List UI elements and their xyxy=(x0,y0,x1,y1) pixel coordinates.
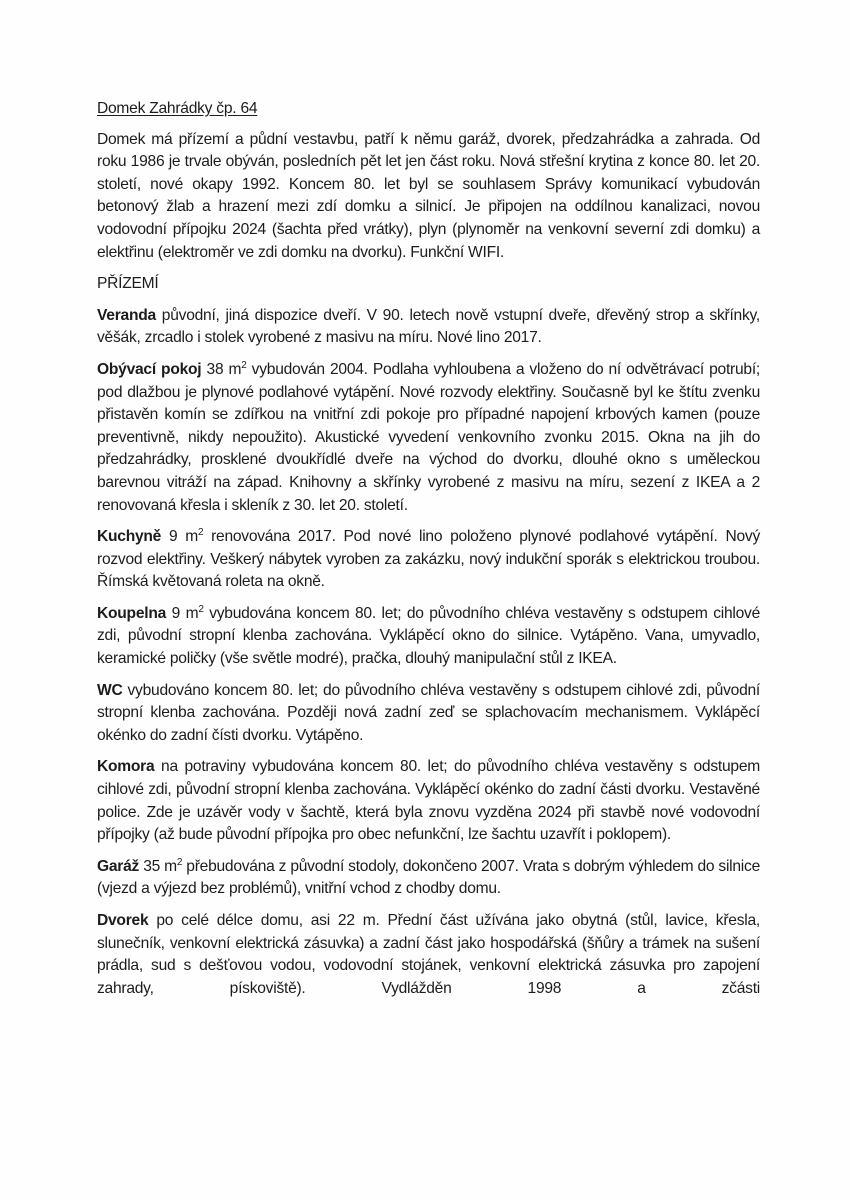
room-description: na potraviny vybudována koncem 80. let; … xyxy=(97,758,760,843)
intro-paragraph: Domek má přízemí a půdní vestavbu, patří… xyxy=(97,129,760,265)
room-name: Kuchyně xyxy=(97,528,161,545)
room-description: po celé délce domu, asi 22 m. Přední čás… xyxy=(97,912,760,997)
room-paragraph-bathroom: Koupelna 9 m2 vybudována koncem 80. let;… xyxy=(97,603,760,671)
room-name: WC xyxy=(97,682,122,699)
room-area: 9 m xyxy=(161,528,198,545)
room-paragraph-kitchen: Kuchyně 9 m2 renovována 2017. Pod nové l… xyxy=(97,526,760,594)
room-description: původní, jiná dispozice dveří. V 90. let… xyxy=(97,307,760,347)
room-paragraph-pantry: Komora na potraviny vybudována koncem 80… xyxy=(97,756,760,846)
room-area: 9 m xyxy=(166,605,198,622)
room-name: Garáž xyxy=(97,858,139,875)
room-paragraph-living-room: Obývací pokoj 38 m2 vybudován 2004. Podl… xyxy=(97,359,760,517)
room-name: Koupelna xyxy=(97,605,166,622)
room-area: 38 m xyxy=(201,361,241,378)
room-paragraph-wc: WC vybudováno koncem 80. let; do původní… xyxy=(97,680,760,748)
room-name: Veranda xyxy=(97,307,156,324)
document-page: Domek Zahrádky čp. 64 Domek má přízemí a… xyxy=(0,0,850,1200)
room-paragraph-veranda: Veranda původní, jiná dispozice dveří. V… xyxy=(97,305,760,350)
room-name: Dvorek xyxy=(97,912,148,929)
room-name: Komora xyxy=(97,758,154,775)
document-title: Domek Zahrádky čp. 64 xyxy=(97,98,760,121)
room-description: přebudována z původní stodoly, dokončeno… xyxy=(97,858,760,898)
room-description: vybudován 2004. Podlaha vyhloubena a vlo… xyxy=(97,361,760,514)
document-body: Domek Zahrádky čp. 64 Domek má přízemí a… xyxy=(97,98,760,1009)
room-paragraph-courtyard: Dvorek po celé délce domu, asi 22 m. Pře… xyxy=(97,910,760,1000)
room-name: Obývací pokoj xyxy=(97,361,201,378)
room-description: vybudováno koncem 80. let; do původního … xyxy=(97,682,760,744)
section-heading-ground-floor: PŘÍZEMÍ xyxy=(97,273,760,296)
room-paragraph-garage: Garáž 35 m2 přebudována z původní stodol… xyxy=(97,856,760,901)
room-area: 35 m xyxy=(139,858,177,875)
